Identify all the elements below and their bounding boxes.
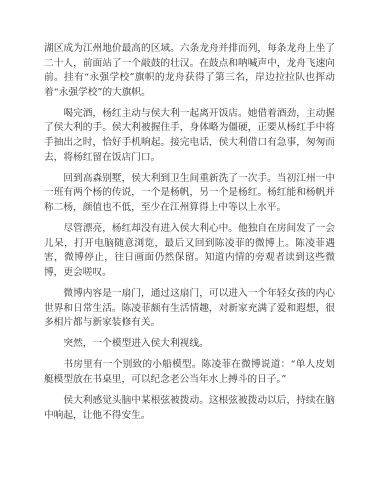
- paragraph: 书房里有一个别致的小船模型。陈凌菲在微博说道：“单人皮划艇模型放在书桌里，可以纪…: [44, 358, 335, 387]
- paragraph: 侯大利感觉头脑中某根弦被拨动。这根弦被拨动以后，持续在脑中响起，让他不得安生。: [44, 394, 335, 423]
- paragraph: 微博内容是一扇门，通过这扇门，可以进入一个年轻女孩的内心世界和日常生活。陈凌菲颇…: [44, 287, 335, 331]
- paragraph: 尽管漂亮，杨红却没有进入侯大利心中。他独自在房间发了一会儿呆，打开电脑随意浏览，…: [44, 222, 335, 280]
- ebook-page: 湖区成为江州地价最高的区域。六条龙舟并排而列，每条龙舟上坐了二十人，前面站了一个…: [0, 0, 370, 480]
- paragraph: 突然，一个模型进入侯大利视线。: [44, 337, 335, 352]
- paragraph: 喝完酒，杨红主动与侯大利一起离开饭店。她借着酒劲，主动握了侯大利的手。侯大利被握…: [44, 107, 335, 165]
- page-text-body: 湖区成为江州地价最高的区域。六条龙舟并排而列，每条龙舟上坐了二十人，前面站了一个…: [44, 42, 335, 423]
- paragraph: 湖区成为江州地价最高的区域。六条龙舟并排而列，每条龙舟上坐了二十人，前面站了一个…: [44, 42, 335, 100]
- paragraph: 回到高森别墅，侯大利到卫生间重新洗了一次手。当初江州一中一班有两个杨的传说，一个…: [44, 172, 335, 216]
